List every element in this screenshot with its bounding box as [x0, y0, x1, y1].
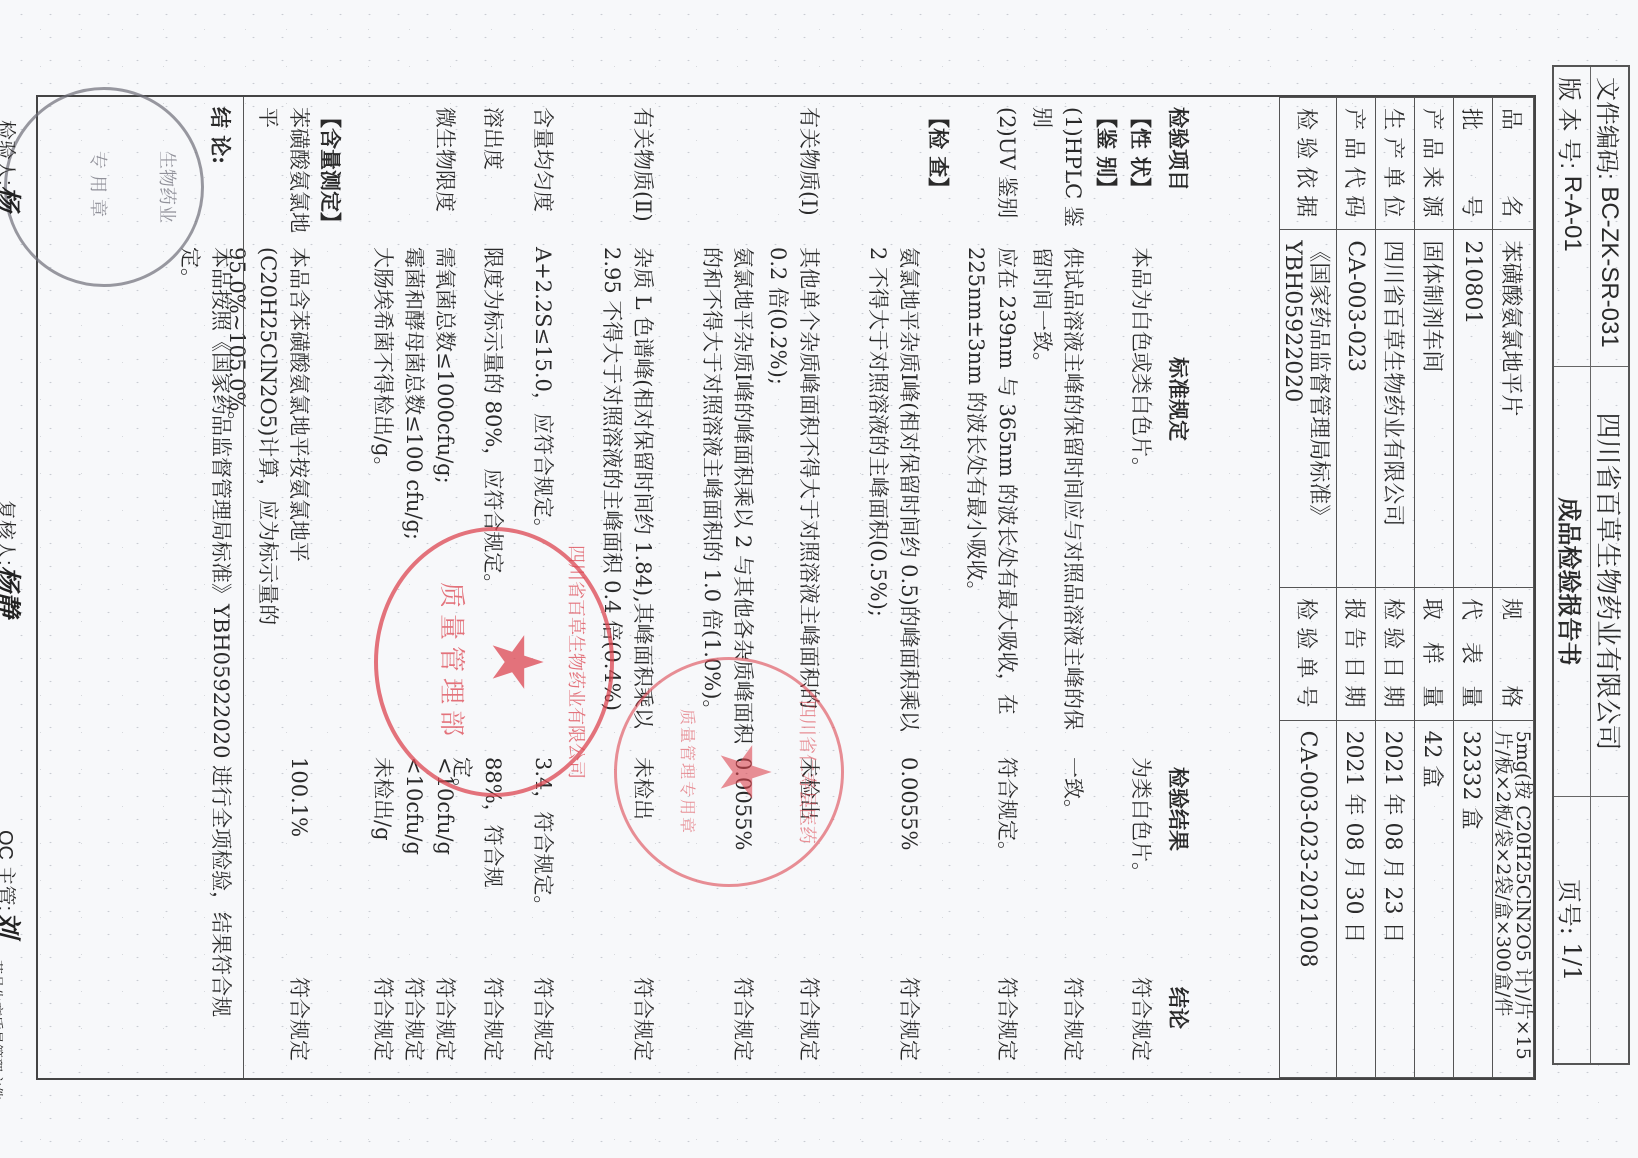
info-label: 产品代码: [1337, 98, 1376, 230]
info-value: CA-003-023-2021008: [1280, 720, 1337, 1077]
quality-dept-stamp: 四川省百草生物药业有限公司 ★ 质量管理部: [374, 527, 614, 797]
conclusion-text: 符合规定: [793, 977, 824, 1077]
inspector-signature: 检验人:杨: [0, 120, 28, 212]
item-label: (1)HPLC 鉴别: [1026, 107, 1088, 227]
gray-stamp: 生物药业 专用章: [4, 87, 204, 287]
col-conclusion: 结论: [1163, 987, 1194, 1087]
section-identification: 【鉴 别】: [1091, 107, 1122, 227]
info-label: 批 号: [1454, 98, 1493, 230]
item-label: 有关物质(Ⅰ): [793, 107, 824, 227]
final-conclusion-text: 本品按照《国家药品监督管理局标准》YBH05922020 进行全项检验，结果符合…: [174, 247, 236, 1047]
col-result: 检验结果: [1163, 767, 1194, 937]
info-value: 5mg(按 C20H25ClN2O5 计)/片×15片/板×2板/袋×2袋/盒×…: [1493, 720, 1534, 1077]
info-label: 取 样 量: [1415, 588, 1454, 720]
result-text: 一致。: [1057, 757, 1088, 927]
conclusion-text: 符合规定: [1057, 977, 1088, 1077]
result-text: 为类白色片。: [1125, 757, 1156, 927]
conclusion-text: 符合规定: [1125, 977, 1156, 1077]
document-header: 文件编码: BC-ZK-SR-031 四川省百草生物药业有限公司 版 本 号: …: [1552, 65, 1630, 1065]
info-row: 生产单位四川省百草生物药业有限公司检验日期2021 年 08 月 23 日: [1376, 98, 1415, 1078]
info-row: 产品来源固体制剂车间取 样 量42 盒: [1415, 98, 1454, 1078]
item-label: 有关物质(Ⅱ): [627, 107, 658, 227]
section-tests: 【检 查】: [923, 107, 954, 227]
result-text: 0.0055%: [893, 757, 924, 927]
info-value: 四川省百草生物药业有限公司: [1376, 230, 1415, 588]
info-label: 检验日期: [1376, 588, 1415, 720]
info-value: 42 盒: [1415, 720, 1454, 1077]
info-label: 生产单位: [1376, 98, 1415, 230]
conclusion-text: 符合规定: [367, 977, 398, 1077]
conclusion-text: 符合规定: [477, 977, 508, 1077]
info-row: 产品代码CA-003-023报告日期2021 年 08 月 30 日: [1337, 98, 1376, 1078]
star-icon: ★: [483, 631, 553, 694]
product-info-table: 品 名苯磺酸氨氯地平片规 格5mg(按 C20H25ClN2O5 计)/片×15…: [1279, 97, 1534, 1078]
info-label: 品 名: [1493, 98, 1534, 230]
col-item: 检验项目: [1163, 107, 1194, 227]
item-label: 溶出度: [477, 107, 508, 227]
info-label: 报告日期: [1337, 588, 1376, 720]
info-row: 批 号210801代 表 量32332 盒: [1454, 98, 1493, 1078]
company-name: 四川省百草生物药业有限公司: [1590, 367, 1628, 797]
inspection-report-page: 文件编码: BC-ZK-SR-031 四川省百草生物药业有限公司 版 本 号: …: [0, 0, 1638, 1158]
conclusion-text: 符合规定: [727, 977, 758, 1077]
info-value: 《国家药品监督管理局标准》YBH05922020: [1280, 230, 1337, 588]
conclusion-text: 符合规定: [893, 977, 924, 1077]
info-value: 2021 年 08 月 30 日: [1337, 720, 1376, 1077]
conclusion-text: 符合规定: [627, 977, 658, 1077]
standard-text: 供试品溶液主峰的保留时间应与对照品溶液主峰的保留时间一致。: [1026, 247, 1088, 747]
info-value: 2021 年 08 月 23 日: [1376, 720, 1415, 1077]
info-label: 规 格: [1493, 588, 1534, 720]
column-headers: 检验项目 标准规定 检验结果 结论: [1154, 97, 1194, 1078]
conclusion-text: 符合规定: [991, 977, 1022, 1077]
qc-signature: QC 主管:刘: [0, 830, 28, 937]
result-text: <10cfu/g: [398, 757, 429, 927]
result-text: 100.1%: [283, 757, 314, 927]
version: 版 本 号: R-A-01: [1554, 67, 1590, 367]
conclusion-text: 符合规定: [429, 977, 460, 1077]
info-label: 检验单号: [1280, 588, 1337, 720]
report-title: 成品检验报告书: [1554, 367, 1590, 797]
info-row: 检验依据《国家药品监督管理局标准》YBH05922020检验单号CA-003-0…: [1280, 98, 1337, 1078]
item-label: 含量均匀度: [527, 107, 558, 227]
info-label: 检验依据: [1280, 98, 1337, 230]
conclusion-text: 符合规定: [283, 977, 314, 1077]
footer-note: 药品生产质量管理文件: [0, 960, 6, 1100]
result-text: 未检出/g: [367, 757, 398, 927]
conclusion-text: 符合规定: [527, 977, 558, 1077]
star-icon: ★: [711, 741, 781, 804]
page-number: 页号: 1/1: [1554, 797, 1590, 1063]
empty-header-cell: [1590, 797, 1628, 1063]
divider: [243, 97, 244, 1078]
qa-stamp: 四川省仁寿县医药 ★ 质量管理专用章: [614, 657, 844, 887]
info-value: 32332 盒: [1454, 720, 1493, 1077]
info-value: 固体制剂车间: [1415, 230, 1454, 588]
info-label: 产品来源: [1415, 98, 1454, 230]
info-row: 品 名苯磺酸氨氯地平片规 格5mg(按 C20H25ClN2O5 计)/片×15…: [1493, 98, 1534, 1078]
item-label: (2)UV 鉴别: [991, 107, 1022, 227]
section-appearance: 【性 状】: [1125, 107, 1156, 227]
report-frame: 品 名苯磺酸氨氯地平片规 格5mg(按 C20H25ClN2O5 计)/片×15…: [36, 95, 1536, 1080]
file-code: 文件编码: BC-ZK-SR-031: [1590, 67, 1628, 367]
standard-text: 本品为白色或类白色片。: [1125, 247, 1156, 747]
result-text: 符合规定。: [991, 757, 1022, 927]
info-value: 苯磺酸氨氯地平片: [1493, 230, 1534, 588]
standard-text: 应在 239nm 与 365nm 的波长处有最大吸收，在 225nm±3nm 的…: [960, 247, 1022, 747]
info-value: CA-003-023: [1337, 230, 1376, 588]
inspection-body: 检验项目 标准规定 检验结果 结论 【性 状】 本品为白色或类白色片。 为类白色…: [1154, 97, 1194, 1078]
info-label: 代 表 量: [1454, 588, 1493, 720]
conclusion-text: 符合规定: [398, 977, 429, 1077]
section-assay: 【含量测定】: [315, 107, 346, 227]
standard-text: 氨氯地平杂质Ⅰ峰(相对保留时间约 0.5)的峰面积乘以 2 不得大于对照溶液的主…: [862, 247, 924, 747]
final-conclusion-label: 结 论:: [205, 107, 236, 227]
info-value: 210801: [1454, 230, 1493, 588]
item-label: 微生物限度: [429, 107, 460, 227]
reviewer-signature: 复核人:杨静: [0, 500, 28, 618]
item-label: 苯磺酸氨氯地平: [252, 107, 314, 237]
